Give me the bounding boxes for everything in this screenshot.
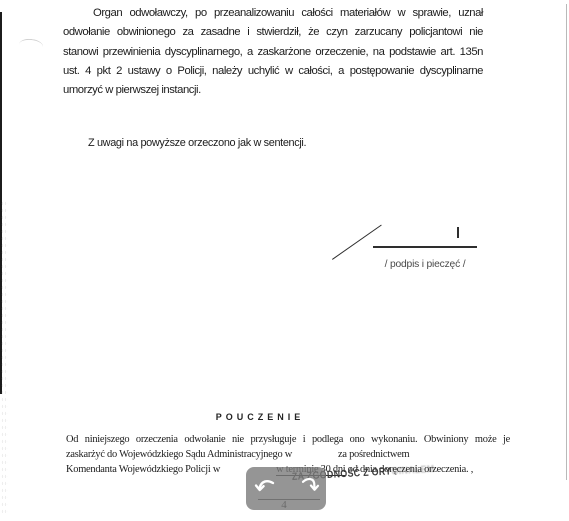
scanned-document-page: Organ odwoławczy, po przeanalizowaniu ca… — [0, 0, 569, 521]
decision-line-4: ust. 4 pkt 2 ustawy o Policji, należy uc… — [63, 62, 483, 81]
rotate-ccw-icon — [254, 475, 278, 501]
scan-edge-right — [566, 4, 567, 480]
signature-caption: / podpis i pieczęć / — [371, 259, 479, 270]
decision-line-3: stanowi przewinienia dyscyplinarnego, a … — [63, 43, 483, 62]
pouczenie-line-1: Od niniejszego orzeczenia odwołanie nie … — [66, 433, 510, 448]
decision-line-1: Organ odwoławczy, po przeanalizowaniu ca… — [63, 4, 483, 23]
pencil-mark — [18, 38, 43, 53]
viewer-rotate-overlay — [246, 467, 326, 510]
signature-tick — [457, 227, 459, 238]
stamp-text-faded: GINAŁEM — [391, 463, 435, 477]
rotate-right-button[interactable] — [298, 473, 322, 499]
signature-stroke — [332, 225, 382, 260]
decision-line-2: odwołanie obwinionego za zasadne i stwie… — [63, 23, 483, 42]
decision-paragraph: Organ odwoławczy, po przeanalizowaniu ca… — [63, 4, 483, 100]
pouczenie-line-2-text: zaskarżyć do Wojewódzkiego Sądu Administ… — [66, 449, 292, 460]
sentence-reference-line: Z uwagi na powyższe orzeczono jak w sent… — [88, 137, 306, 149]
scan-noise — [1, 200, 8, 515]
rotate-left-button[interactable] — [254, 475, 278, 501]
pouczenie-heading: POUCZENIE — [160, 412, 360, 422]
pouczenie-line-2: zaskarżyć do Wojewódzkiego Sądu Administ… — [66, 448, 510, 463]
decision-line-5: umorzyć w pierwszej instancji. — [63, 81, 483, 100]
pouczenie-line-3-text: Komendanta Wojewódzkiego Policji w — [66, 464, 220, 475]
pouczenie-line-2-text-b: za pośrednictwem — [338, 449, 409, 460]
rotate-cw-icon — [298, 473, 322, 499]
signature-line — [373, 246, 477, 248]
